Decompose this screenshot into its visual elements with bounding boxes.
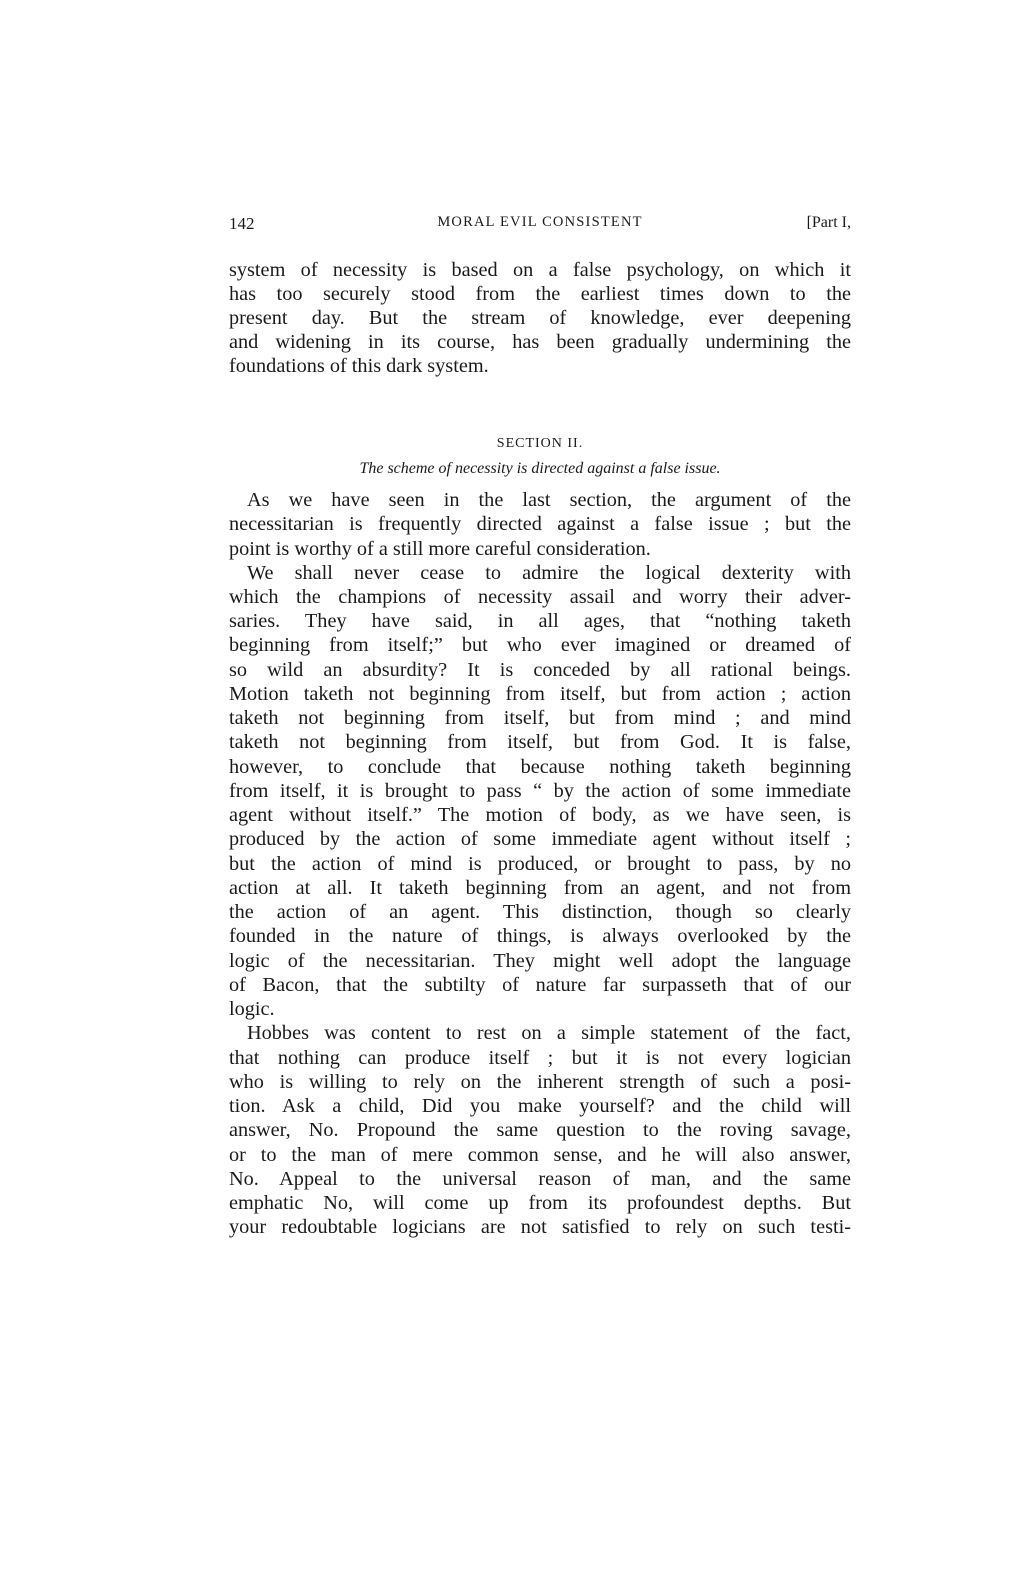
text-line: answer, No. Propound the same question t… xyxy=(229,1118,851,1142)
text-line: so wild an absurdity? It is conceded by … xyxy=(229,658,851,682)
text-line: As we have seen in the last section, the… xyxy=(247,488,851,512)
text-line: taketh not beginning from itself, but fr… xyxy=(229,730,851,754)
text-line: agent without itself.” The motion of bod… xyxy=(229,803,851,827)
text-line: produced by the action of some immediate… xyxy=(229,827,851,851)
text-line: your redoubtable logicians are not satis… xyxy=(229,1215,851,1239)
text-line: necessitarian is frequently directed aga… xyxy=(229,512,851,536)
text-line: We shall never cease to admire the logic… xyxy=(247,561,851,585)
text-line: who is willing to rely on the inherent s… xyxy=(229,1070,851,1094)
text-line: which the champions of necessity assail … xyxy=(229,585,851,609)
text-line: emphatic No, will come up from its profo… xyxy=(229,1191,851,1215)
text-line: present day. But the stream of knowledge… xyxy=(229,306,851,330)
text-line: saries. They have said, in all ages, tha… xyxy=(229,609,851,633)
text-line: or to the man of mere common sense, and … xyxy=(229,1143,851,1167)
section-heading: SECTION II. xyxy=(229,436,851,452)
text-line: tion. Ask a child, Did you make yourself… xyxy=(229,1094,851,1118)
text-line: but the action of mind is produced, or b… xyxy=(229,852,851,876)
part-label: [Part I, xyxy=(807,214,851,232)
text-line: Hobbes was content to rest on a simple s… xyxy=(247,1021,851,1045)
text-line: action at all. It taketh beginning from … xyxy=(229,876,851,900)
running-title: MORAL EVIL CONSISTENT xyxy=(229,214,851,231)
text-line: foundations of this dark system. xyxy=(229,354,851,378)
book-page: 142 MORAL EVIL CONSISTENT [Part I, syste… xyxy=(0,0,1011,1580)
text-line: however, to conclude that because nothin… xyxy=(229,755,851,779)
text-line: system of necessity is based on a false … xyxy=(229,258,851,282)
text-line: logic of the necessitarian. They might w… xyxy=(229,949,851,973)
text-line: point is worthy of a still more careful … xyxy=(229,537,851,561)
section-subtitle: The scheme of necessity is directed agai… xyxy=(229,460,851,478)
text-line: taketh not beginning from itself, but fr… xyxy=(229,706,851,730)
text-line: of Bacon, that the subtilty of nature fa… xyxy=(229,973,851,997)
text-line: that nothing can produce itself ; but it… xyxy=(229,1046,851,1070)
text-line: logic. xyxy=(229,997,851,1021)
text-line: from itself, it is brought to pass “ by … xyxy=(229,779,851,803)
text-line: has too securely stood from the earliest… xyxy=(229,282,851,306)
running-header: 142 MORAL EVIL CONSISTENT [Part I, xyxy=(229,210,851,236)
text-line: beginning from itself;” but who ever ima… xyxy=(229,633,851,657)
text-line: the action of an agent. This distinction… xyxy=(229,900,851,924)
text-line: No. Appeal to the universal reason of ma… xyxy=(229,1167,851,1191)
text-line: and widening in its course, has been gra… xyxy=(229,330,851,354)
text-line: founded in the nature of things, is alwa… xyxy=(229,924,851,948)
text-line: Motion taketh not beginning from itself,… xyxy=(229,682,851,706)
